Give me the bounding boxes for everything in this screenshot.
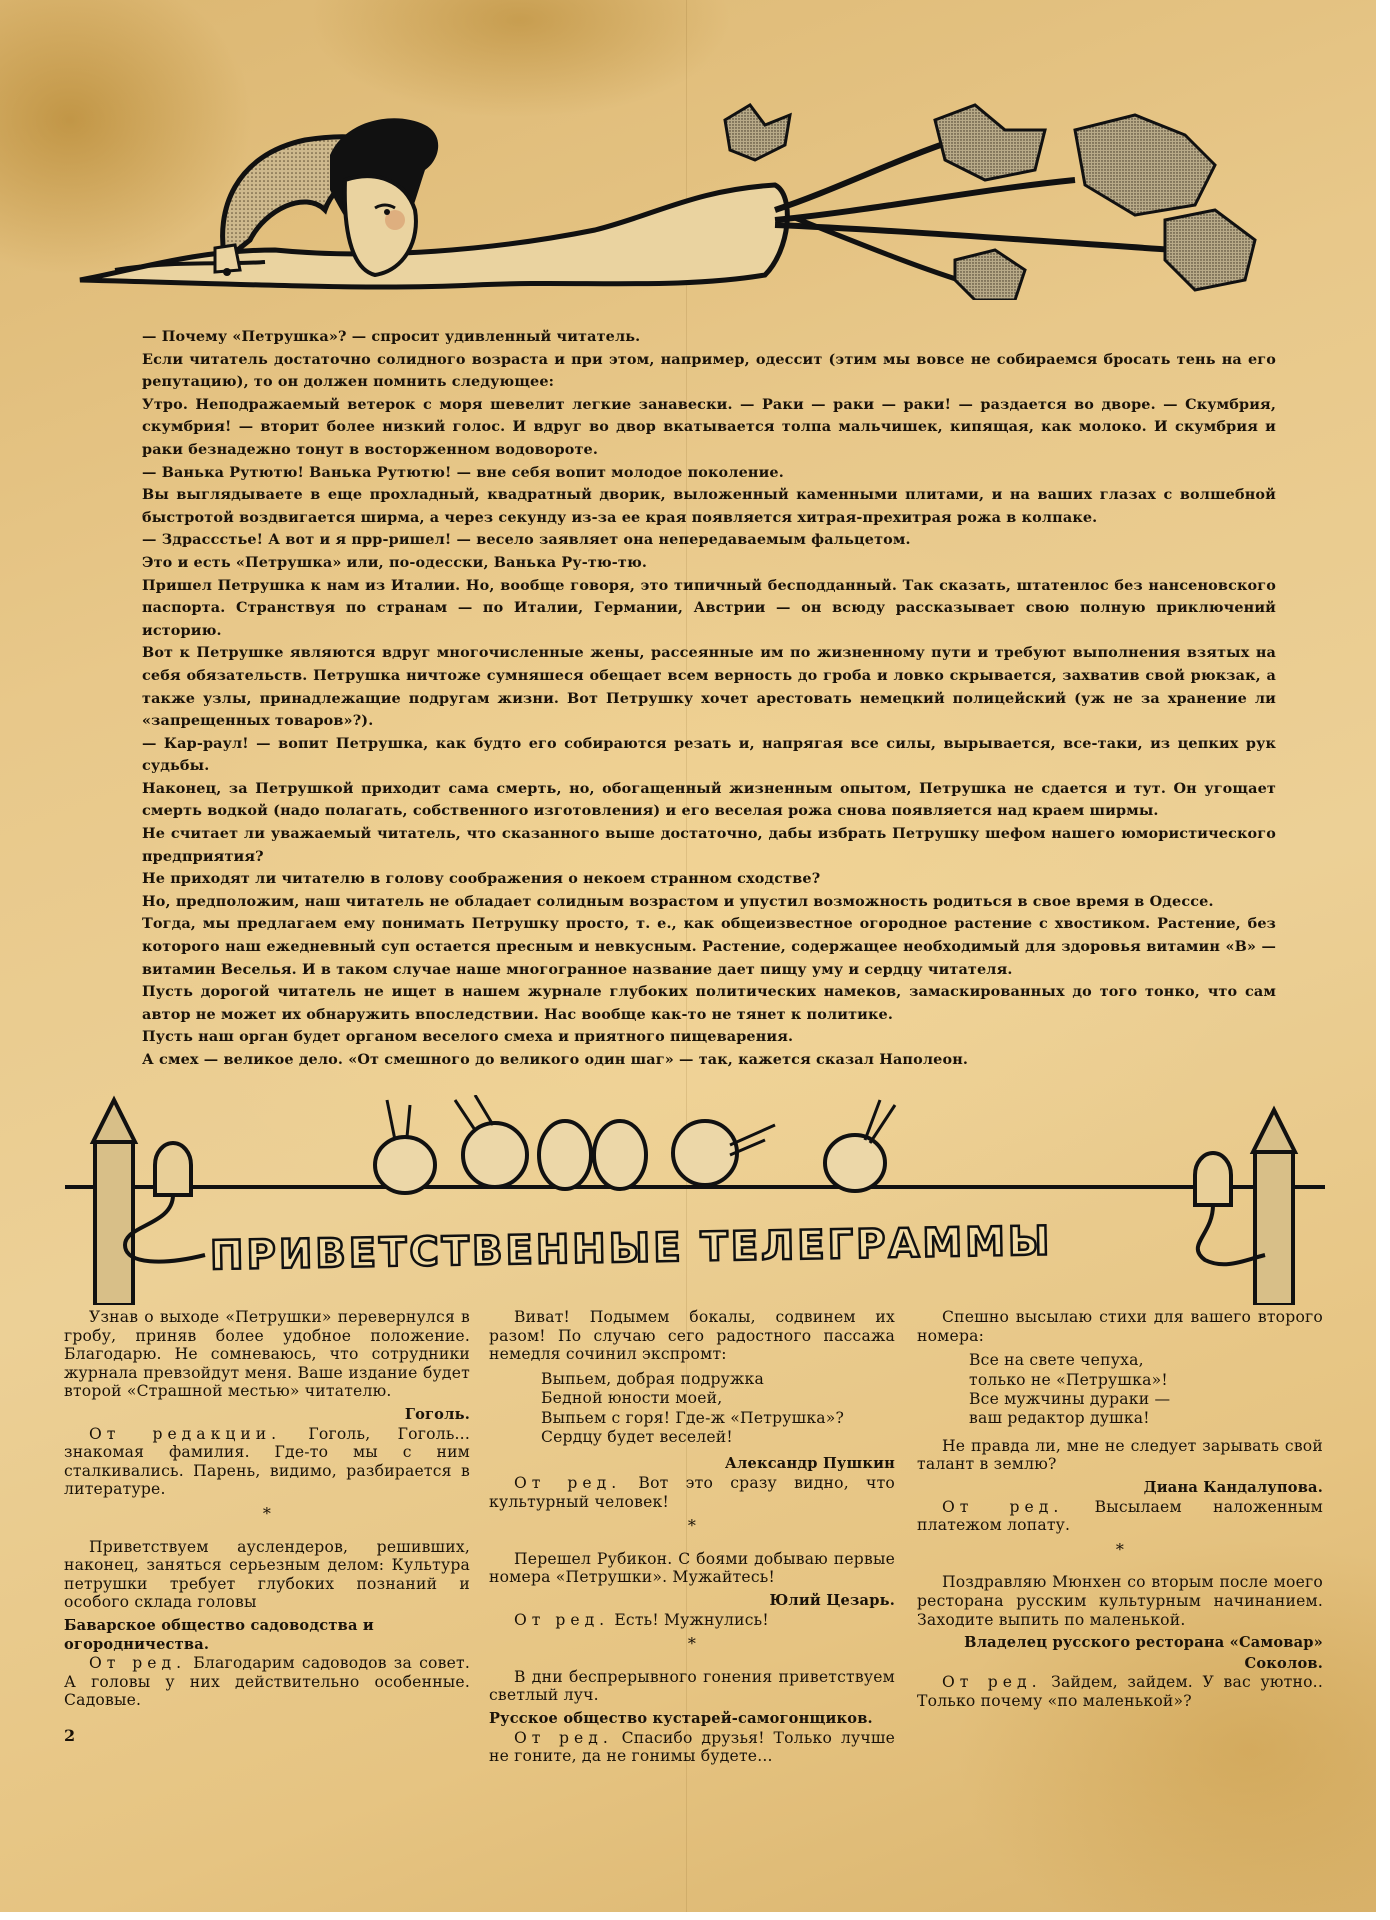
article-paragraph: — Почему «Петрушка»? — спросит удивленны… xyxy=(142,326,1276,349)
editor-reply-label: От ред. xyxy=(942,1673,1042,1691)
article-paragraph: Наконец, за Петрушкой приходит сама смер… xyxy=(142,778,1276,823)
telegram-signature: Александр Пушкин xyxy=(489,1455,895,1474)
article-paragraph: Не приходят ли читателю в голову соображ… xyxy=(142,868,1276,891)
article-paragraph: — Кар-раул! — вопит Петрушка, как будто … xyxy=(142,733,1276,778)
telegram-verse: Выпьем, добрая подружкаБедной юности мое… xyxy=(541,1370,895,1448)
petrushka-parsley-root-icon xyxy=(75,100,1325,300)
article-paragraph: Пусть дорогой читатель не ищет в нашем ж… xyxy=(142,981,1276,1026)
telegram-signature: Баварское общество садоводства и огородн… xyxy=(64,1617,470,1654)
editor-reply: От ред. Вот это сразу видно, что культур… xyxy=(489,1474,895,1511)
editorial-article: — Почему «Петрушка»? — спросит удивленны… xyxy=(142,326,1276,1072)
editor-reply-label: От ред. xyxy=(514,1611,609,1629)
article-paragraph: Если читатель достаточно солидного возра… xyxy=(142,349,1276,394)
separator-asterisk: * xyxy=(489,1517,895,1536)
telegram-signature: Юлий Цезарь. xyxy=(489,1592,895,1611)
article-paragraph: Но, предположим, наш читатель не обладае… xyxy=(142,891,1276,914)
article-paragraph: Пусть наш орган будет органом веселого с… xyxy=(142,1026,1276,1049)
verse-line: Все мужчины дураки — xyxy=(969,1390,1323,1409)
telegram-text: Приветствуем ауслендеров, решивших, нако… xyxy=(64,1538,470,1612)
article-paragraph: Это и есть «Петрушка» или, по-одесски, В… xyxy=(142,552,1276,575)
article-paragraph: — Ванька Рутютю! Ванька Рутютю! — вне се… xyxy=(142,462,1276,485)
telegram-column-2: Виват! Подымем бокалы, содвинем их разом… xyxy=(489,1308,895,1771)
editor-reply-label: От ред. xyxy=(89,1654,186,1672)
editor-reply: От редакции. Гоголь, Гоголь... знакомая … xyxy=(64,1425,470,1499)
article-paragraph: Пришел Петрушка к нам из Италии. Но, воо… xyxy=(142,575,1276,643)
telegram-text: Поздравляю Мюнхен со вторым после моего … xyxy=(917,1573,1323,1629)
telegram-text: В дни беспрерывного гонения приветствуем… xyxy=(489,1668,895,1705)
editor-reply: От ред. Высылаем наложенным платежом лоп… xyxy=(917,1498,1323,1535)
editor-reply: От ред. Спасибо друзья! Только лучше не … xyxy=(489,1729,895,1766)
separator-asterisk: * xyxy=(489,1635,895,1654)
telegram-signature: Владелец русского ресторана «Самовар» xyxy=(917,1634,1323,1653)
telegram-text: Виват! Подымем бокалы, содвинем их разом… xyxy=(489,1308,895,1364)
article-paragraph: Вы выглядываете в еще прохладный, квадра… xyxy=(142,484,1276,529)
page-number: 2 xyxy=(64,1726,75,1745)
telegram-text: Перешел Рубикон. С боями добываю первые … xyxy=(489,1550,895,1587)
verse-line: ваш редактор душка! xyxy=(969,1409,1323,1428)
article-paragraph: А смех — великое дело. «От смешного до в… xyxy=(142,1049,1276,1072)
editor-reply-label: От редакции. xyxy=(89,1425,281,1443)
article-paragraph: Тогда, мы предлагаем ему понимать Петруш… xyxy=(142,913,1276,981)
verse-line: Бедной юности моей, xyxy=(541,1389,895,1408)
separator-asterisk: * xyxy=(64,1505,470,1524)
editor-reply: От ред. Зайдем, зайдем. У вас уютно.. То… xyxy=(917,1673,1323,1710)
telegram-column-1: Узнав о выходе «Петрушки» перевернулся в… xyxy=(64,1308,470,1715)
article-paragraph: Вот к Петрушке являются вдруг многочисле… xyxy=(142,642,1276,732)
editor-reply-text: Есть! Мужнулись! xyxy=(614,1611,769,1629)
telegram-signature: Гоголь. xyxy=(64,1406,470,1425)
article-paragraph: Не считает ли уважаемый читатель, что ск… xyxy=(142,823,1276,868)
verse-line: Все на свете чепуха, xyxy=(969,1351,1323,1370)
editor-reply-label: От ред. xyxy=(942,1498,1063,1516)
telegram-signature: Соколов. xyxy=(917,1655,1323,1674)
verse-line: Сердцу будет веселей! xyxy=(541,1428,895,1447)
telegram-verse: Все на свете чепуха,только не «Петрушка»… xyxy=(969,1351,1323,1429)
magazine-page: — Почему «Петрушка»? — спросит удивленны… xyxy=(0,0,1376,1912)
article-paragraph: Утро. Неподражаемый ветерок с моря шевел… xyxy=(142,394,1276,462)
editor-reply-label: От ред. xyxy=(514,1729,613,1747)
verse-line: только не «Петрушка»! xyxy=(969,1371,1323,1390)
article-paragraph: — Здрассстье! А вот и я прр-ришел! — вес… xyxy=(142,529,1276,552)
verse-line: Выпьем, добрая подружка xyxy=(541,1370,895,1389)
telegram-signature: Диана Кандалупова. xyxy=(917,1479,1323,1498)
verse-line: Выпьем с горя! Где-ж «Петрушка»? xyxy=(541,1409,895,1428)
telegram-column-3: Спешно высылаю стихи для вашего второго … xyxy=(917,1308,1323,1716)
telegram-text: Не правда ли, мне не следует зарывать св… xyxy=(917,1437,1323,1474)
editor-reply: От ред. Есть! Мужнулись! xyxy=(489,1611,895,1630)
editor-reply-label: От ред. xyxy=(514,1474,621,1492)
telegram-signature: Русское общество кустарей-самогонщиков. xyxy=(489,1710,895,1729)
separator-asterisk: * xyxy=(917,1541,1323,1560)
telegram-text: Узнав о выходе «Петрушки» перевернулся в… xyxy=(64,1308,470,1401)
editor-reply: От ред. Благодарим садоводов за совет. А… xyxy=(64,1654,470,1710)
telegram-text: Спешно высылаю стихи для вашего второго … xyxy=(917,1308,1323,1345)
